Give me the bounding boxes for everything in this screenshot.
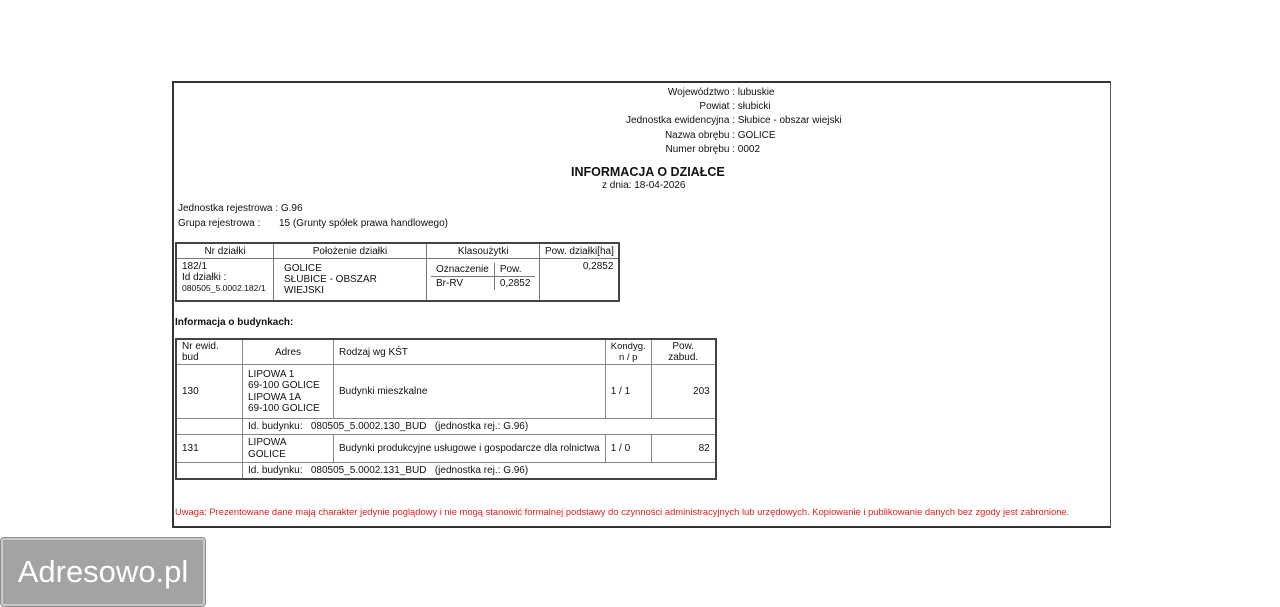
document-date: z dnia: 18-04-2026 [602,180,685,191]
location-header: Województwo : lubuskie Powiat : słubicki… [174,86,842,157]
registry-unit: Jednostka rejestrowa : G.96 [178,203,303,214]
header-row-precinct-number: Numer obrębu : 0002 [174,143,842,157]
header-row-voivodeship: Województwo : lubuskie [174,86,842,100]
col-parcel-area: Pow. działki[ha] [540,243,620,259]
header-row-precinct-name: Nazwa obrębu : GOLICE [174,129,842,143]
col-parcel-nr: Nr działki [176,243,274,259]
parcel-area: 0,2852 [540,259,620,302]
building-id-row: Id. budynku: 080505_5.0002.131_BUD (jedn… [176,463,716,479]
land-class-subtable: OznaczeniePow. Br-RV0,2852 [431,263,535,290]
header-row-unit: Jednostka ewidencyjna : Słubice - obszar… [174,114,842,128]
adresowo-watermark: Adresowo.pl [1,538,205,606]
parcel-id: 080505_5.0002.182/1 [182,283,268,294]
disclaimer-warning: Uwaga: Prezentowane dane mają charakter … [175,506,1069,517]
registry-group: Grupa rejestrowa : 15 (Grunty spółek pra… [178,218,260,229]
building-row: 130 LIPOWA 1 69-100 GOLICE LIPOWA 1A 69-… [176,365,716,419]
header-row-county: Powiat : słubicki [174,100,842,114]
parcel-table: Nr działki Położenie działki Klasoużytki… [175,242,620,302]
col-land-class: Klasoużytki [427,243,540,259]
parcel-row: 182/1 Id działki : 080505_5.0002.182/1 G… [176,259,619,302]
parcel-info-document: Województwo : lubuskie Powiat : słubicki… [172,81,1111,528]
building-row: 131 LIPOWA GOLICE Budynki produkcyjne us… [176,435,716,463]
buildings-section-label: Informacja o budynkach: [175,317,293,328]
col-location: Położenie działki [274,243,427,259]
buildings-table: Nr ewid. bud Adres Rodzaj wg KŚT Kondyg.… [175,338,717,480]
building-id-row: Id. budynku: 080505_5.0002.130_BUD (jedn… [176,419,716,435]
